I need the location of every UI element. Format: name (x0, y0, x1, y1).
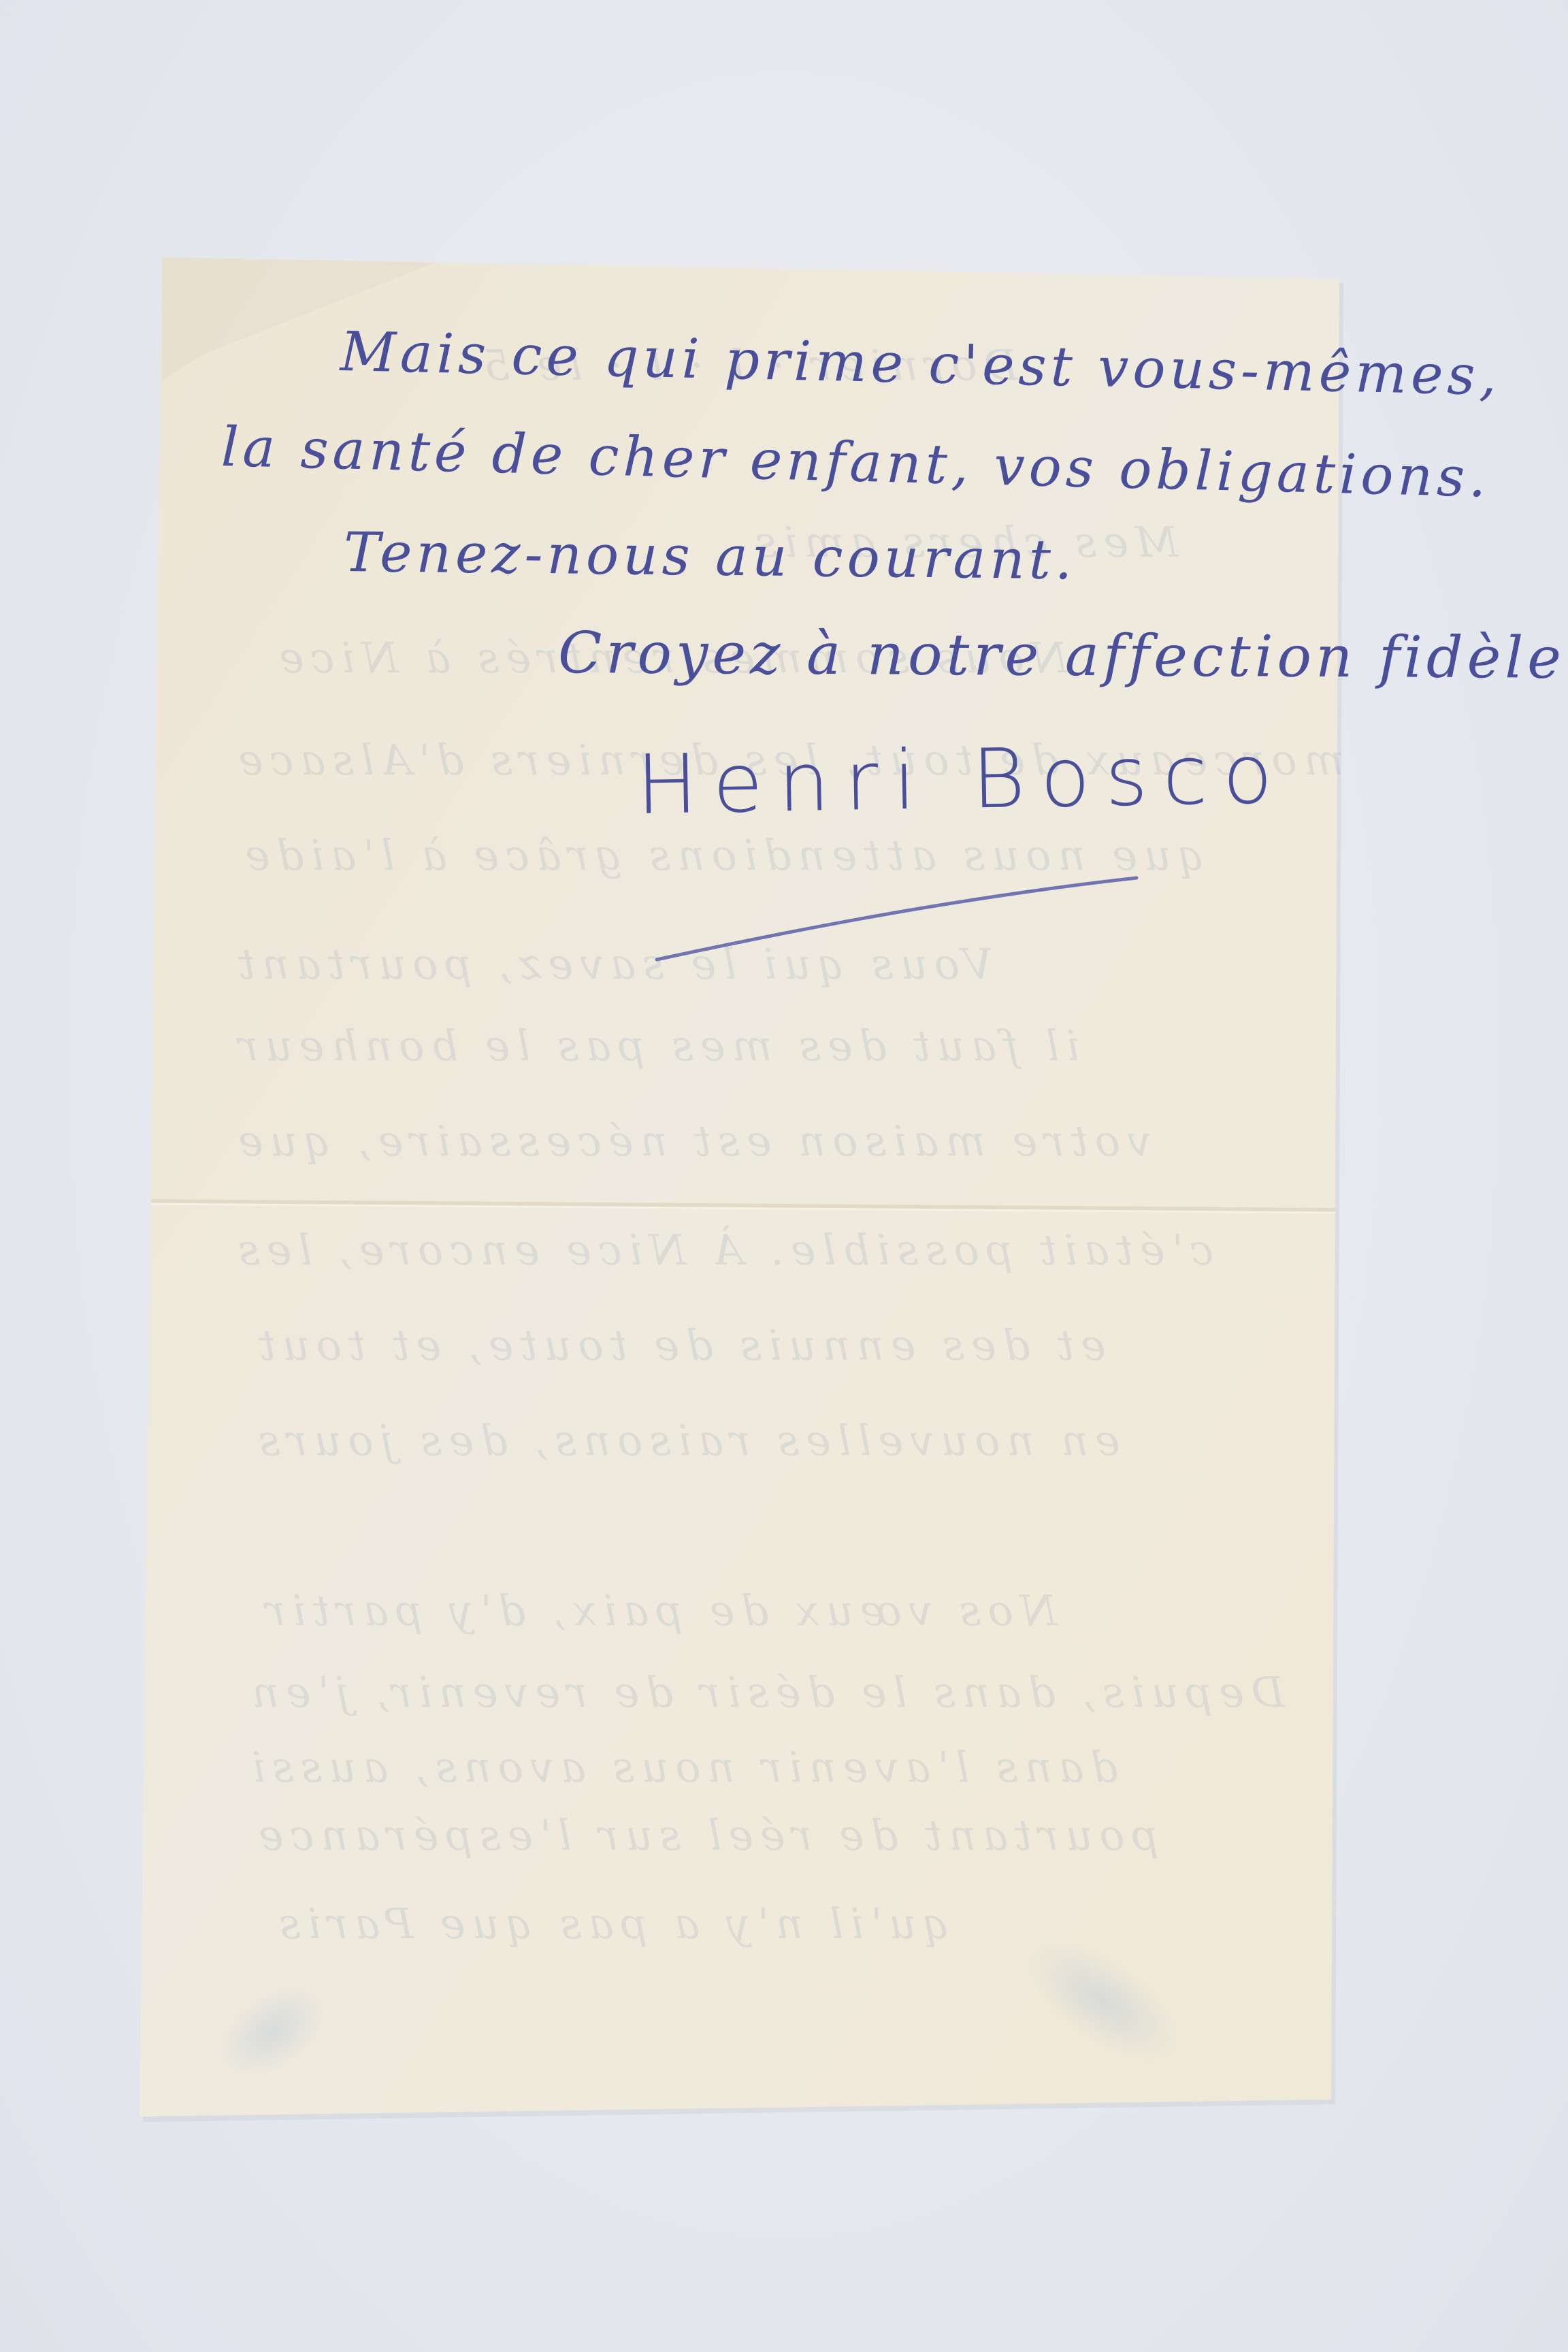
bleed-line: votre maison est nécessaire, que (231, 1116, 1151, 1166)
bleed-line: Vous qui le savez, pourtant (231, 939, 993, 989)
bleed-line: en nouvelles raisons, des jours (252, 1416, 1120, 1465)
bleed-line: Depuis, dans le désir de revenir, j'en (245, 1667, 1285, 1717)
bleed-line: que nous attendions grâce à l'aide (238, 830, 1205, 880)
letter-line: Tenez-nous au courant. (344, 521, 1077, 591)
bleed-line: il faut des mes pas le bonheur (231, 1021, 1079, 1071)
bleed-line: qu'il n'y a pas que Paris (272, 1899, 950, 1948)
closing-line: Croyez à notre affection fidèle (558, 619, 1565, 691)
bleed-line: c'était possible. À Nice encore, les (231, 1225, 1213, 1275)
bleed-line: pourtant de réel sur l'espérance (252, 1810, 1158, 1860)
signature: Henri Bosco (636, 727, 1288, 833)
bleed-line: dans l'avenir nous avons, aussi (245, 1742, 1117, 1792)
bleed-line: Nos vœux de paix, d'y partir (259, 1586, 1057, 1635)
letter-sheet: Dornier · l · l · le 5 Mes chers amis No… (0, 0, 1568, 2352)
photo-stage: Dornier · l · l · le 5 Mes chers amis No… (0, 0, 1568, 2352)
bleed-line: et des ennuis de toute, et tout (252, 1320, 1106, 1370)
